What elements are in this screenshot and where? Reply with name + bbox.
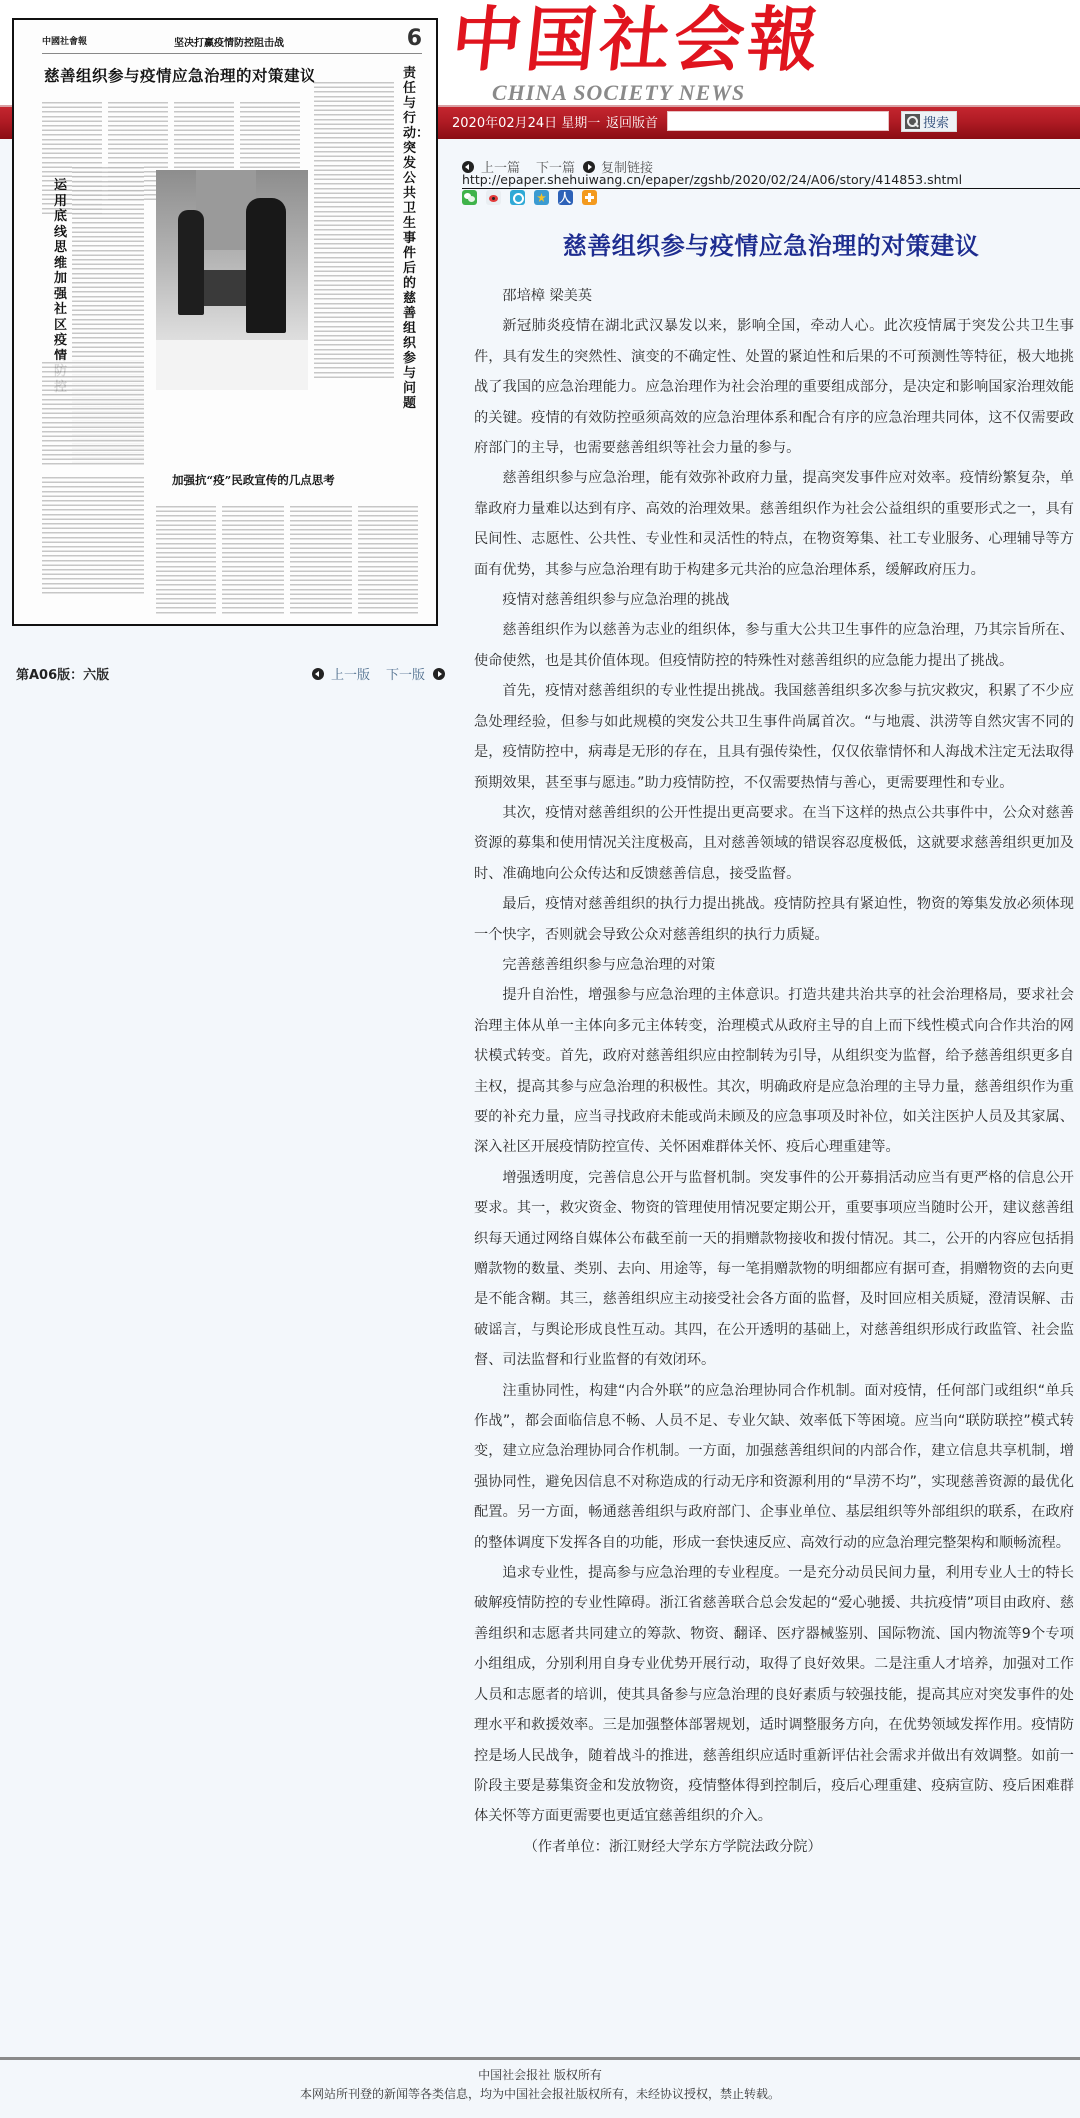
article-paragraph: 首先，疫情对慈善组织的专业性提出挑战。我国慈善组织多次参与抗灾救灾，积累了不少应…	[474, 676, 1074, 798]
thumbnail-main-headline[interactable]: 慈善组织参与疫情应急治理的对策建议	[44, 64, 316, 86]
search-button[interactable]: 搜索	[901, 111, 957, 132]
search-icon	[905, 114, 920, 129]
section-heading: 完善慈善组织参与应急治理的对策	[474, 950, 1074, 980]
share-bar	[462, 190, 597, 205]
thumbnail-bottom-headline[interactable]: 加强抗“疫”民政宣传的几点思考	[172, 472, 335, 488]
article-url[interactable]: http://epaper.shehuiwang.cn/epaper/zgshb…	[462, 172, 1080, 189]
next-page-link[interactable]: 下一版	[386, 664, 425, 683]
thumbnail-masthead: 中國社會報 坚决打赢疫情防控阻击战 6	[42, 32, 422, 54]
thumbnail-side-headline[interactable]: 责任与行动：突发公共卫生事件后的慈善组织参与问题	[403, 66, 419, 411]
weibo-icon[interactable]	[486, 190, 501, 205]
thumbnail-text-column	[42, 475, 144, 595]
page-label: 第A06版：六版	[16, 664, 109, 683]
article-paragraph: 增强透明度，完善信息公开与监督机制。突发事件的公开募捐活动应当有更严格的信息公开…	[474, 1163, 1074, 1376]
thumbnail-logo: 中國社會報	[42, 34, 87, 47]
footer-notice: 本网站所刊登的新闻等各类信息，均为中国社会报社版权所有，未经协议授权，禁止转载。	[0, 2085, 1080, 2104]
article-paragraph: 最后，疫情对慈善组织的执行力提出挑战。疫情防控具有紧迫性，物资的筹集发放必须体现…	[474, 889, 1074, 950]
article-paragraph: 追求专业性，提高参与应急治理的专业程度。一是充分动员民间力量，利用专业人士的特长…	[474, 1558, 1074, 1832]
section-heading: 疫情对慈善组织参与应急治理的挑战	[474, 585, 1074, 615]
prev-page-link[interactable]: 上一版	[331, 664, 370, 683]
article-paragraph: 慈善组织参与应急治理，能有效弥补政府力量，提高突发事件应对效率。疫情纷繁复杂，单…	[474, 463, 1074, 585]
article-paragraph: 新冠肺炎疫情在湖北武汉暴发以来，影响全国，牵动人心。此次疫情属于突发公共卫生事件…	[474, 311, 1074, 463]
article-title: 慈善组织参与疫情应急治理的对策建议	[462, 226, 1080, 261]
thumbnail-page-number: 6	[407, 26, 422, 51]
author-affiliation: （作者单位：浙江财经大学东方学院法政分院）	[474, 1832, 1074, 1862]
search-input[interactable]	[667, 111, 889, 131]
article-paragraph: 慈善组织作为以慈善为志业的组织体，参与重大公共卫生事件的应急治理，乃其宗旨所在、…	[474, 615, 1074, 676]
renren-icon[interactable]	[558, 190, 573, 205]
page-pager: 上一版 下一版	[312, 664, 445, 683]
thumbnail-photo	[156, 170, 308, 390]
wechat-icon[interactable]	[462, 190, 477, 205]
search-button-label: 搜索	[923, 112, 949, 131]
logo-english: CHINA SOCIETY NEWS	[492, 80, 745, 106]
back-to-front-page-link[interactable]: 返回版首	[606, 112, 658, 131]
chevron-right-icon[interactable]	[433, 668, 445, 680]
qzone-icon[interactable]	[510, 190, 525, 205]
logo-chinese: 中国社会報	[448, 0, 826, 80]
thumbnail-text-column	[156, 504, 216, 614]
thumbnail-text-column	[358, 504, 418, 614]
qq-favorite-icon[interactable]	[534, 190, 549, 205]
thumbnail-text-column	[42, 360, 144, 465]
article-paragraph: 其次，疫情对慈善组织的公开性提出更高要求。在当下这样的热点公共事件中，公众对慈善…	[474, 798, 1074, 889]
newspaper-page-thumbnail[interactable]: 中國社會報 坚决打赢疫情防控阻击战 6 慈善组织参与疫情应急治理的对策建议 责任…	[12, 18, 438, 626]
footer-copyright: 中国社会报社 版权所有	[0, 2066, 1080, 2085]
chevron-left-icon[interactable]	[312, 668, 324, 680]
thumbnail-text-column	[314, 80, 394, 380]
thumbnail-text-column	[222, 504, 284, 614]
thumbnail-text-column	[290, 504, 352, 614]
more-share-icon[interactable]	[582, 190, 597, 205]
chevron-left-icon[interactable]	[462, 161, 474, 173]
article-body: 邵培樟 梁美英 新冠肺炎疫情在湖北武汉暴发以来，影响全国，牵动人心。此次疫情属于…	[474, 281, 1074, 1862]
issue-date: 2020年02月24日 星期一	[452, 112, 600, 131]
article-paragraph: 提升自治性，增强参与应急治理的主体意识。打造共建共治共享的社会治理格局，要求社会…	[474, 980, 1074, 1162]
article-paragraph: 注重协同性，构建“内合外联”的应急治理协同合作机制。面对疫情，任何部门或组织“单…	[474, 1376, 1074, 1558]
chevron-right-icon	[583, 161, 595, 173]
footer: 中国社会报社 版权所有 本网站所刊登的新闻等各类信息，均为中国社会报社版权所有，…	[0, 2066, 1080, 2104]
thumbnail-slogan: 坚决打赢疫情防控阻击战	[174, 34, 284, 49]
footer-divider	[0, 2057, 1080, 2060]
article-authors: 邵培樟 梁美英	[474, 281, 1074, 311]
